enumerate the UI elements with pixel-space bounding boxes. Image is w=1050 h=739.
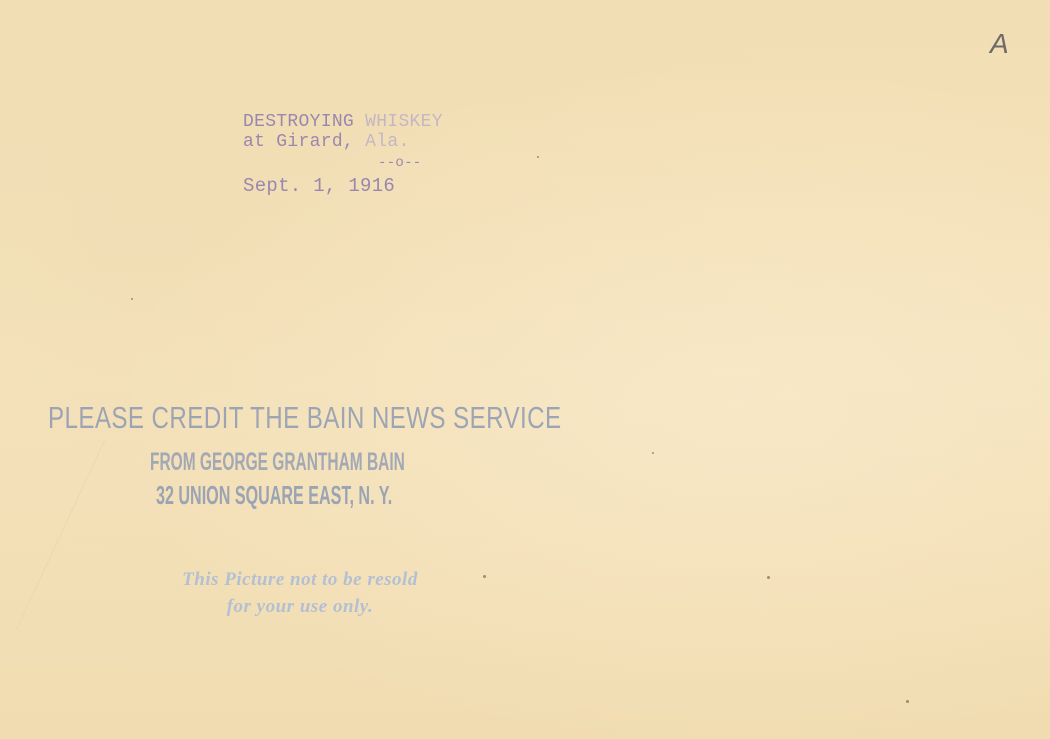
credit-stamp: PLEASE CREDIT THE BAIN NEWS SERVICE FROM… (48, 400, 706, 436)
paper-speck (483, 575, 486, 578)
caption-location-faded: Ala. (354, 132, 410, 152)
stamp-address-line: 32 UNION SQUARE EAST, N. Y. (156, 480, 392, 511)
photo-card-back: A DESTROYING WHISKEY at Girard, Ala. --o… (0, 0, 1050, 739)
notice-line-1: This Picture not to be resold (130, 566, 470, 593)
caption-title-faded: WHISKEY (354, 112, 443, 132)
paper-speck (652, 452, 654, 454)
stamp-from-line: FROM GEORGE GRANTHAM BAIN (150, 448, 405, 477)
paper-speck (906, 700, 909, 703)
caption-location: at Girard, Ala. (243, 132, 443, 152)
notice-line-2: for your use only. (130, 593, 470, 620)
caption-location-text: at Girard, (243, 132, 354, 152)
paper-speck (767, 576, 770, 579)
typed-caption: DESTROYING WHISKEY at Girard, Ala. --o--… (243, 112, 443, 198)
pencil-mark: A (990, 28, 1009, 60)
caption-date: Sept. 1, 1916 (243, 174, 443, 198)
resale-notice: This Picture not to be resold for your u… (130, 566, 470, 620)
paper-speck (537, 156, 539, 158)
caption-separator: --o-- (243, 152, 443, 174)
stamp-credit-line: PLEASE CREDIT THE BAIN NEWS SERVICE (48, 400, 562, 436)
caption-title-text: DESTROYING (243, 112, 354, 132)
paper-speck (131, 298, 133, 300)
caption-title: DESTROYING WHISKEY (243, 112, 443, 132)
